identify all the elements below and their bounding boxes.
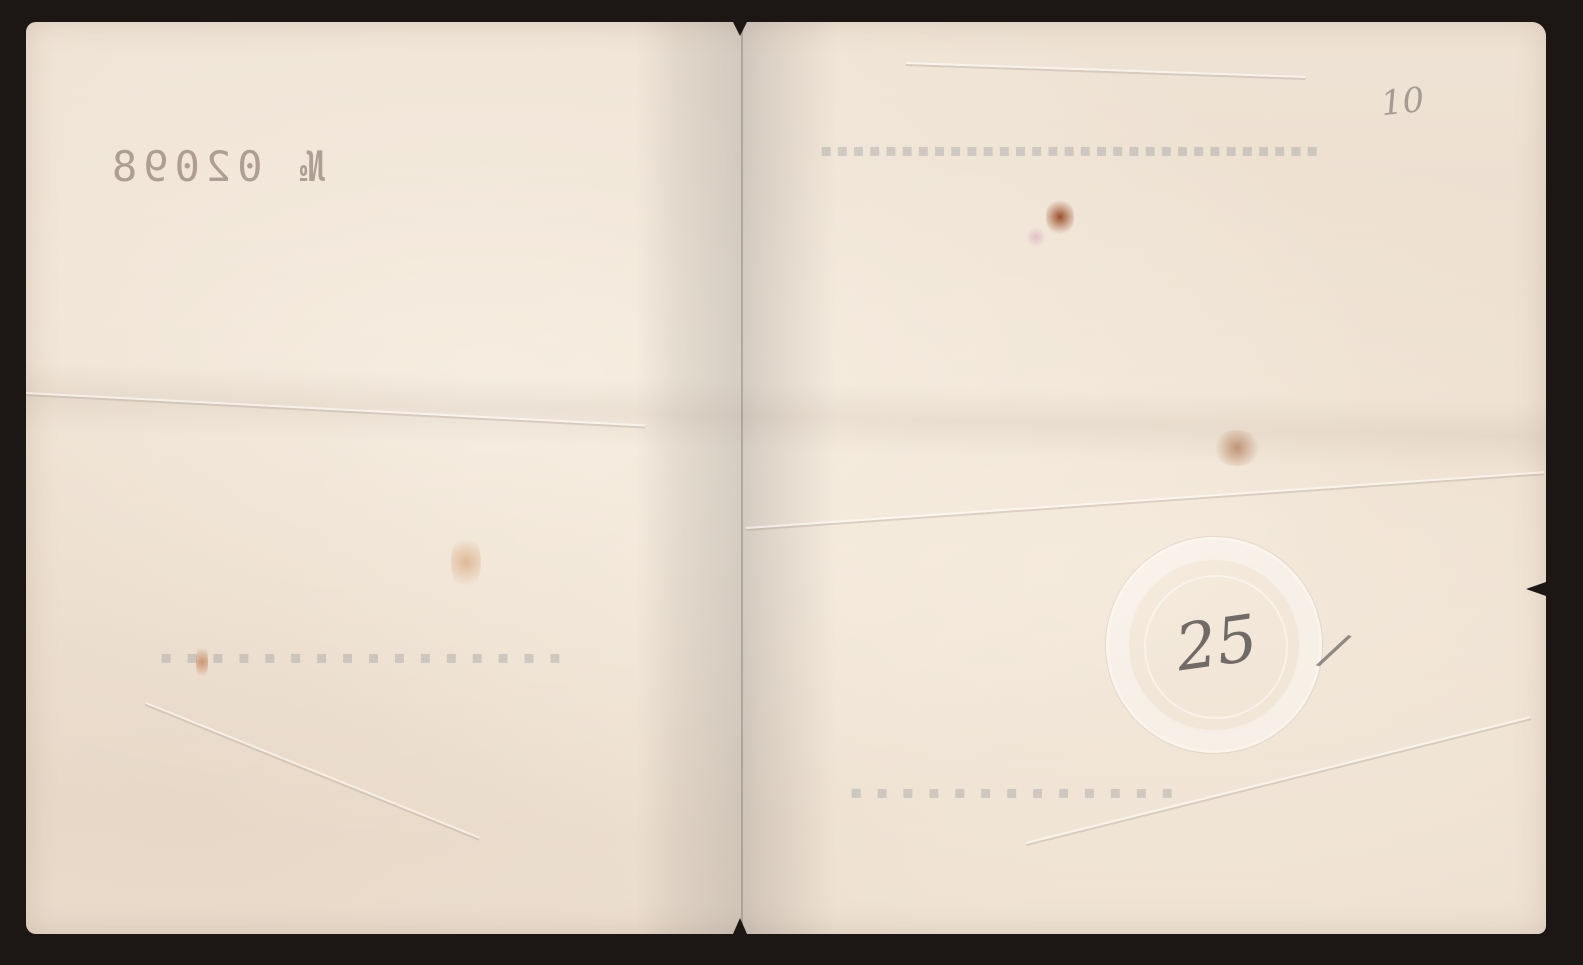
orange-streak bbox=[451, 532, 481, 592]
handwritten-tick: / bbox=[1317, 621, 1351, 679]
crease bbox=[146, 702, 481, 839]
rust-spot bbox=[1046, 197, 1074, 237]
crease bbox=[1026, 716, 1531, 844]
bleed-through-text: ▪▪▪▪▪▪▪▪▪▪▪▪▪▪▪▪▪▪▪▪▪▪▪▪▪▪▪▪▪▪▪ bbox=[816, 140, 1318, 154]
bleed-through-text: ▪ ▪ ▪ ▪ ▪ ▪ ▪ ▪ ▪ ▪ ▪ ▪ ▪ ▪ ▪ ▪ bbox=[156, 647, 561, 661]
vertical-fold-line bbox=[741, 22, 743, 934]
orange-streak bbox=[196, 642, 208, 682]
crease bbox=[746, 471, 1544, 529]
handwritten-10: 10 bbox=[1379, 80, 1426, 124]
bleed-through-text: ▪ ▪ ▪ ▪ ▪ ▪ ▪ ▪ ▪ ▪ ▪ ▪ ▪ bbox=[846, 782, 1173, 796]
crease bbox=[906, 62, 1306, 78]
brown-stain bbox=[1211, 430, 1263, 466]
banknote-reverse: № 02098 ▪▪▪▪▪▪▪▪▪▪▪▪▪▪▪▪▪▪▪▪▪▪▪▪▪▪▪▪▪▪▪ … bbox=[26, 22, 1546, 934]
serial-number-bleed: № 02098 bbox=[106, 142, 325, 191]
pink-ink-trace bbox=[1026, 227, 1046, 247]
handwritten-25: 25 bbox=[1171, 602, 1262, 687]
vertical-fold-wear bbox=[636, 22, 836, 934]
